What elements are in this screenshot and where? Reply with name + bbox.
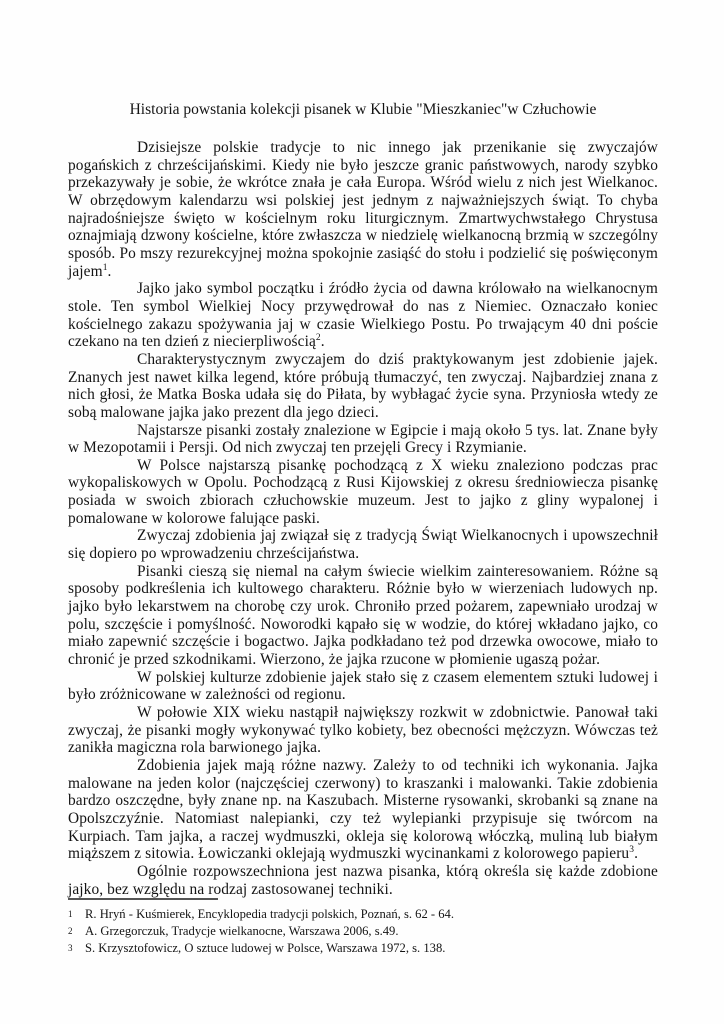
paragraph: Zwyczaj zdobienia jaj związał się z trad… (68, 527, 658, 562)
footnote-ref: 1 (103, 262, 108, 272)
footnote-text: R. Hryń - Kuśmierek, Encyklopedia tradyc… (85, 906, 658, 923)
paragraph: W Polsce najstarszą pisankę pochodzącą z… (68, 457, 658, 528)
footnotes-section: 1R. Hryń - Kuśmierek, Encyklopedia trady… (68, 898, 658, 957)
footnote-number: 2 (68, 923, 85, 938)
paragraph: Najstarsze pisanki zostały znalezione w … (68, 422, 658, 457)
footnote: 1R. Hryń - Kuśmierek, Encyklopedia trady… (68, 906, 658, 923)
footnote-number: 1 (68, 906, 85, 921)
footnote-separator (68, 898, 218, 900)
paragraph: W polskiej kulturze zdobienie jajek stał… (68, 669, 658, 704)
paragraph: Zdobienia jajek mają różne nazwy. Zależy… (68, 757, 658, 863)
paragraphs: Dzisiejsze polskie tradycje to nic inneg… (68, 139, 658, 898)
footnote-number: 3 (68, 940, 85, 955)
footnote-text: A. Grzegorczuk, Tradycje wielkanocne, Wa… (85, 923, 658, 940)
footnote-ref: 2 (316, 333, 321, 343)
paragraph: Ogólnie rozpowszechniona jest nazwa pisa… (68, 863, 658, 898)
footnotes-list: 1R. Hryń - Kuśmierek, Encyklopedia trady… (68, 906, 658, 957)
paragraph: Jajko jako symbol początku i źródło życi… (68, 280, 658, 351)
footnote-text: S. Krzysztofowicz, O sztuce ludowej w Po… (85, 940, 658, 957)
document-content: Historia powstania kolekcji pisanek w Kl… (68, 101, 658, 898)
footnote-ref: 3 (629, 845, 634, 855)
footnote: 2A. Grzegorczuk, Tradycje wielkanocne, W… (68, 923, 658, 940)
document-page: Historia powstania kolekcji pisanek w Kl… (0, 0, 724, 1024)
paragraph: Charakterystycznym zwyczajem do dziś pra… (68, 351, 658, 422)
paragraph: Pisanki cieszą się niemal na całym świec… (68, 563, 658, 669)
paragraph: Dzisiejsze polskie tradycje to nic inneg… (68, 139, 658, 280)
footnote: 3S. Krzysztofowicz, O sztuce ludowej w P… (68, 940, 658, 957)
paragraph: W połowie XIX wieku nastąpił największy … (68, 704, 658, 757)
page-title: Historia powstania kolekcji pisanek w Kl… (68, 101, 658, 119)
